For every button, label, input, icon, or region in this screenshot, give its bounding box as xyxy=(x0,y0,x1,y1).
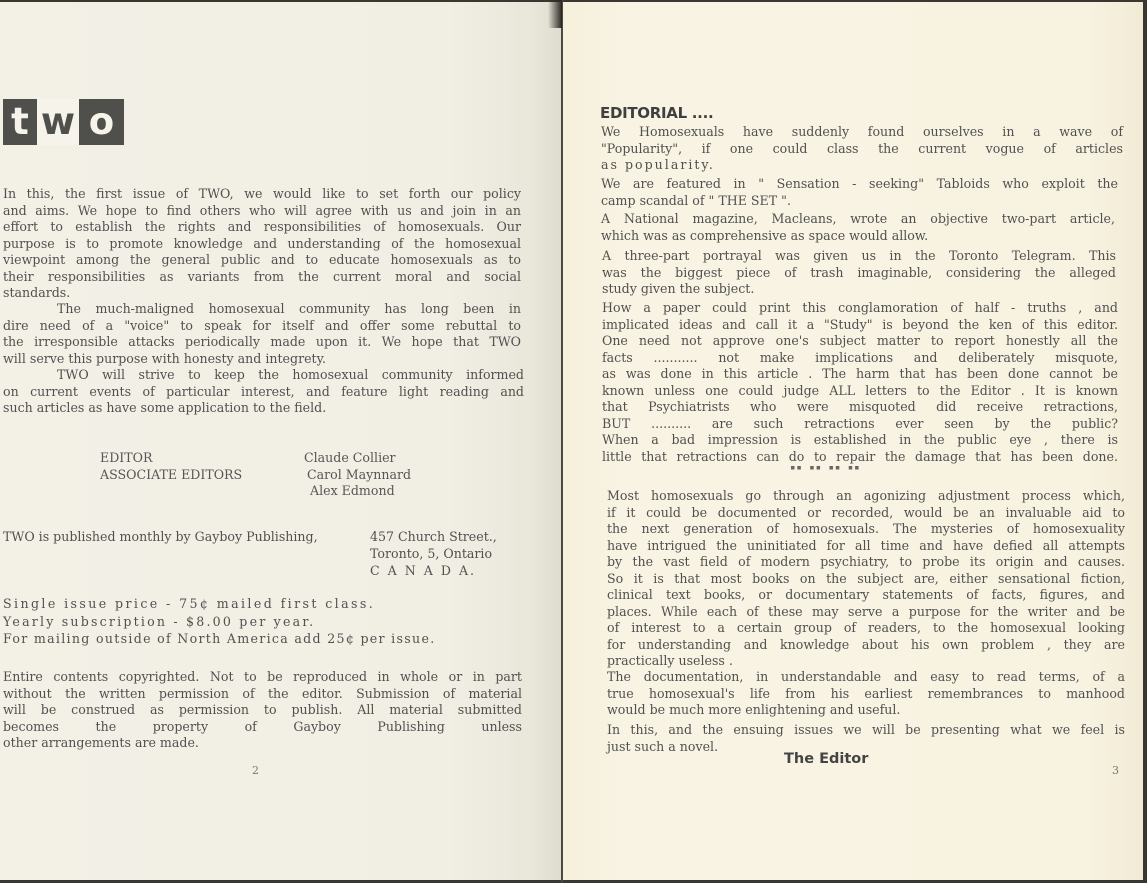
publisher-line: TWO is published monthly by Gayboy Publi… xyxy=(3,529,318,546)
editorial-block-macleans: A National magazine, Macleans, wrote an … xyxy=(601,211,1115,244)
mission-paragraph: TWO will strive to keep the homosexual c… xyxy=(3,367,524,417)
text-line: purpose is to promote knowledge and unde… xyxy=(3,236,521,253)
text-line: BUT .......... are such retractions ever… xyxy=(602,416,1118,433)
publisher-country: C A N A D A. xyxy=(370,563,476,580)
text-line: TWO will strive to keep the homosexual c… xyxy=(3,367,524,384)
text-line: We Homosexuals have suddenly found ourse… xyxy=(601,124,1123,141)
logo-letter-w: w xyxy=(37,99,79,145)
text-line: study given the subject. xyxy=(602,281,1116,298)
text-line: A National magazine, Macleans, wrote an … xyxy=(601,211,1115,228)
text-line: effort to establish the rights and respo… xyxy=(3,219,521,236)
text-line: as popularity. xyxy=(601,157,1123,174)
text-line: So it is that most books on the subject … xyxy=(607,571,1125,588)
text-line: the irresponsible attacks periodically m… xyxy=(3,334,521,351)
text-line: such articles as have some application t… xyxy=(3,400,524,417)
text-line: which was as comprehensive as space woul… xyxy=(601,228,1115,245)
text-line: would be much more enlightening and usef… xyxy=(607,702,1125,719)
copyright-paragraph: Entire contents copyrighted. Not to be r… xyxy=(3,669,522,752)
text-line: In this, and the ensuing issues we will … xyxy=(607,722,1125,739)
spine-shadow xyxy=(548,0,562,28)
text-line: camp scandal of " THE SET ". xyxy=(601,193,1118,210)
editor-signature: The Editor xyxy=(784,751,868,767)
editorial-block-documentation: The documentation, in understandable and… xyxy=(607,669,1125,719)
text-line: that Psychiatrists who were misquoted di… xyxy=(602,399,1118,416)
editorial-block-popularity: We Homosexuals have suddenly found ourse… xyxy=(601,124,1123,174)
text-line: places. While each of these may serve a … xyxy=(607,604,1125,621)
publisher-address-line: 457 Church Street., xyxy=(370,529,497,546)
text-line: "Popularity", if one could class the cur… xyxy=(601,141,1123,158)
text-line: by the vast field of modern psychiatry, … xyxy=(607,554,1125,571)
text-line: Entire contents copyrighted. Not to be r… xyxy=(3,669,522,686)
yearly-subscription: Yearly subscription - $8.00 per year. xyxy=(3,614,315,631)
associate-editor-name: Carol Maynnard xyxy=(307,467,411,484)
text-line: standards. xyxy=(3,285,521,302)
intro-paragraph: In this, the first issue of TWO, we woul… xyxy=(3,186,521,302)
text-line: true homosexual's life from his earliest… xyxy=(607,686,1125,703)
text-line: as was done in this article . The harm t… xyxy=(602,366,1118,383)
text-line: viewpoint among the general public and t… xyxy=(3,252,521,269)
text-line: and aims. We hope to find others who wil… xyxy=(3,203,521,220)
text-line: their responsibilities as variants from … xyxy=(3,269,521,286)
text-line: facts ........... not make implications … xyxy=(602,350,1118,367)
foreign-mailing-note: For mailing outside of North America add… xyxy=(3,631,436,648)
editorial-block-telegram: A three-part portrayal was given us in t… xyxy=(602,248,1116,298)
text-line: will serve this purpose with honesty and… xyxy=(3,351,521,368)
text-line: The much-maligned homosexual community h… xyxy=(3,301,521,318)
text-line: The documentation, in understandable and… xyxy=(607,669,1125,686)
page-number-right: 3 xyxy=(1112,764,1119,777)
text-line: other arrangements are made. xyxy=(3,735,522,752)
two-logo: t w o xyxy=(3,99,124,145)
text-line: of interest to a certain group of reader… xyxy=(607,620,1125,637)
logo-letter-t: t xyxy=(3,99,37,145)
text-line: known unless one could judge ALL letters… xyxy=(602,383,1118,400)
single-issue-price: Single issue price - 75¢ mailed first cl… xyxy=(3,596,375,613)
text-line: will be construed as permission to publi… xyxy=(3,702,522,719)
editorial-title: EDITORIAL .... xyxy=(600,104,713,122)
text-line: on current events of particular interest… xyxy=(3,384,524,401)
text-line: One need not approve one's subject matte… xyxy=(602,333,1118,350)
editor-name: Claude Collier xyxy=(304,450,396,467)
text-line: How a paper could print this conglamorat… xyxy=(602,300,1118,317)
text-line: for understanding and knowledge about hi… xyxy=(607,637,1125,654)
editorial-block-tabloids: We are featured in " Sensation - seeking… xyxy=(601,176,1118,209)
logo-letter-o: o xyxy=(79,99,124,145)
text-line: becomes the property of Gayboy Publishin… xyxy=(3,719,522,736)
editor-label: EDITOR xyxy=(100,450,152,467)
section-separator: ▪▪ ▪▪ ▪▪ ▪▪ xyxy=(790,463,861,473)
text-line: the next generation of homosexuals. The … xyxy=(607,521,1125,538)
text-line: dire need of a "voice" to speak for itse… xyxy=(3,318,521,335)
text-line: practically useless . xyxy=(607,653,1125,670)
text-line: clinical text books, or documentary stat… xyxy=(607,587,1125,604)
publisher-address-line: Toronto, 5, Ontario xyxy=(370,546,492,563)
book-spine xyxy=(561,0,563,883)
text-line: We are featured in " Sensation - seeking… xyxy=(601,176,1118,193)
page-number-left: 2 xyxy=(252,764,259,777)
text-line: was the biggest piece of trash imaginabl… xyxy=(602,265,1116,282)
associate-editors-label: ASSOCIATE EDITORS xyxy=(100,467,242,484)
text-line: if it could be documented or recorded, w… xyxy=(607,505,1125,522)
text-line: without the written permission of the ed… xyxy=(3,686,522,703)
text-line: A three-part portrayal was given us in t… xyxy=(602,248,1116,265)
editorial-block-half-truths: How a paper could print this conglamorat… xyxy=(602,300,1118,465)
text-line: In this, the first issue of TWO, we woul… xyxy=(3,186,521,203)
text-line: Most homosexuals go through an agonizing… xyxy=(607,488,1125,505)
associate-editor-name: Alex Edmond xyxy=(310,483,395,500)
editorial-block-adjustment: Most homosexuals go through an agonizing… xyxy=(607,488,1125,670)
text-line: implicated ideas and call it a "Study" i… xyxy=(602,317,1118,334)
text-line: When a bad impression is established in … xyxy=(602,432,1118,449)
voice-paragraph: The much-maligned homosexual community h… xyxy=(3,301,521,367)
text-line: have intrigued the uninitiated for all t… xyxy=(607,538,1125,555)
